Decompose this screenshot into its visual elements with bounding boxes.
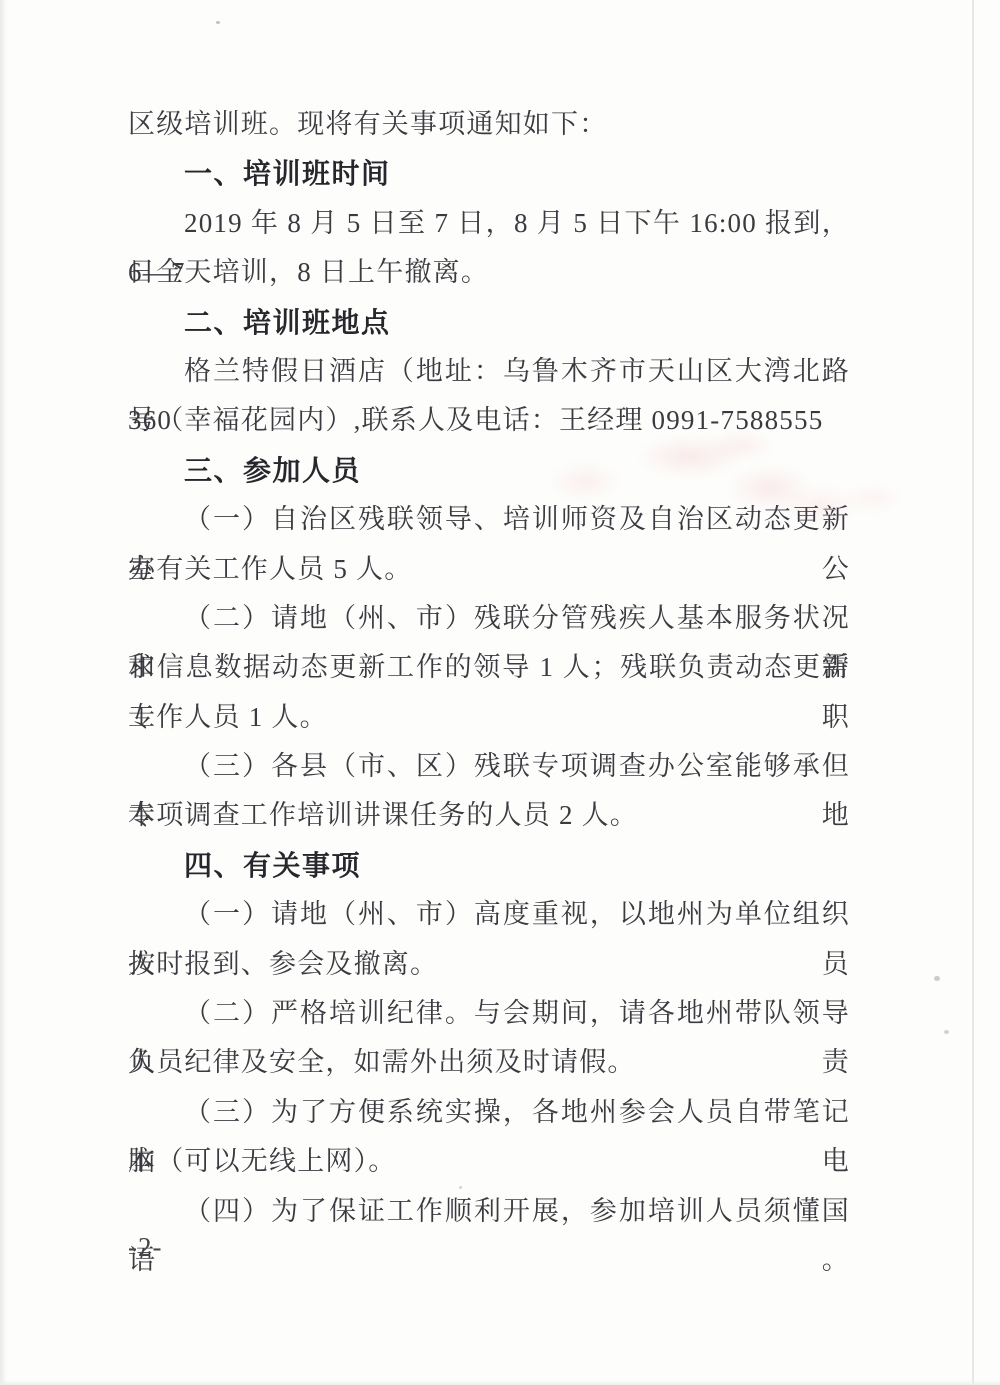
text-line: （四）为了保证工作顺利开展，参加培训人员须懂国语。 (128, 1187, 850, 1236)
section-heading-2: 二、培训班地点 (128, 298, 850, 347)
section-heading-1: 一、培训班时间 (128, 149, 850, 198)
scan-edge-bottom (0, 1380, 1000, 1385)
text-line: 求信息数据动态更新工作的领导 1 人；残联负责动态更新专职 (128, 643, 850, 692)
text-line: （三）为了方便系统实操，各地州参会人员自带笔记本电 (128, 1088, 850, 1137)
text-line: 区级培训班。现将有关事项通知如下： (128, 100, 850, 149)
document-page: 区级培训班。现将有关事项通知如下： 一、培训班时间 2019 年 8 月 5 日… (0, 0, 1000, 1385)
text-line: 号（幸福花园内）,联系人及电话：王经理 0991-7588555 (128, 396, 850, 445)
text-line: 2019 年 8 月 5 日至 7 日，8 月 5 日下午 16:00 报到，6… (128, 199, 850, 248)
scan-speck (934, 976, 940, 981)
text-line: （一）自治区残联领导、培训师资及自治区动态更新办公 (128, 495, 850, 544)
text-line: （二）请地（州、市）残联分管残疾人基本服务状况和需 (128, 594, 850, 643)
text-line: （三）各县（市、区）残联专项调查办公室能够承但本地 (128, 742, 850, 791)
text-line: 格兰特假日酒店（地址：乌鲁木齐市天山区大湾北路 360 (128, 347, 850, 396)
section-heading-3: 三、参加人员 (128, 446, 850, 495)
section-heading-4: 四、有关事项 (128, 841, 850, 890)
text-line: （一）请地（州、市）高度重视，以地州为单位组织人员 (128, 890, 850, 939)
scan-speck (944, 1030, 949, 1034)
document-body: 区级培训班。现将有关事项通知如下： 一、培训班时间 2019 年 8 月 5 日… (128, 100, 850, 1236)
text-line: （二）严格培训纪律。与会期间，请各地州带队领导负责 (128, 989, 850, 1038)
text-line: 日全天培训，8 日上午撤离。 (128, 248, 850, 297)
page-number: -2- (128, 1232, 162, 1263)
scan-speck (216, 21, 220, 24)
scan-edge-left (0, 0, 7, 1385)
scan-edge-right (972, 0, 974, 1385)
